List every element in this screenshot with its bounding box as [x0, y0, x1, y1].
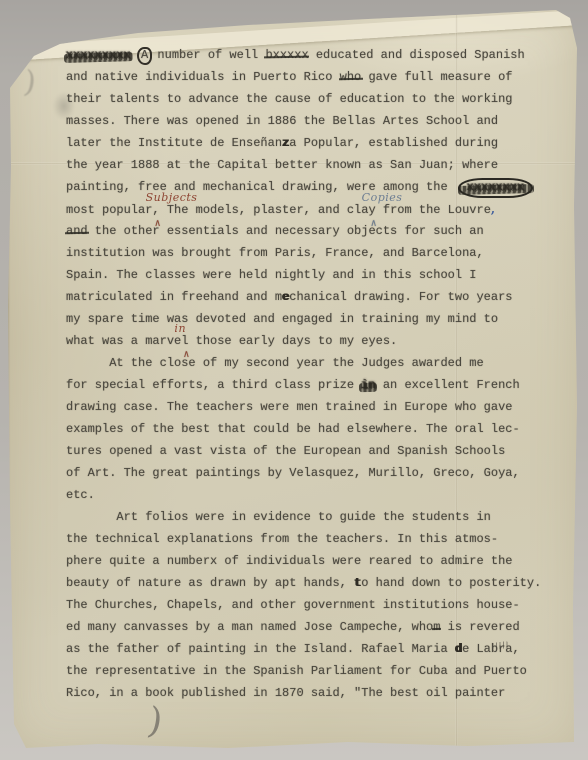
struck-word: bxxxxx	[265, 48, 308, 62]
typed-text: masses. There was opened in 1886 the Bel…	[66, 114, 498, 128]
typed-text: Rico, in a book published in 1870 said, …	[66, 686, 505, 700]
typed-text: e Labra,	[462, 642, 520, 656]
typed-text: The models, plaster, and clay	[160, 203, 376, 217]
typed-text: the other essentials and necessary objec…	[88, 224, 484, 238]
handwritten-word: in	[174, 322, 186, 335]
typed-line: my spare time was devoted and engaged in…	[66, 308, 541, 330]
typed-text: Spain. The classes were held nightly and…	[66, 268, 476, 282]
blacked-out-word: xxxxxxxxx	[66, 48, 131, 62]
typed-text: number of well	[150, 48, 265, 62]
typed-text: an excellent French	[376, 378, 520, 392]
typed-text: and native individuals in Puerto Rico	[66, 70, 340, 84]
typed-line: masses. There was opened in 1886 the Bel…	[66, 110, 541, 132]
typed-text: most popular,	[66, 203, 160, 217]
typed-line: institution was brought from Paris, Fran…	[66, 242, 541, 264]
typed-line: phere quite a numberx of individuals wer…	[66, 550, 541, 572]
typed-line: most popular,Subjects The models, plaste…	[66, 198, 541, 220]
typed-text: my spare time was devoted and engaged in…	[66, 312, 498, 326]
typed-line: later the Institute de Enseñanza Popular…	[66, 132, 541, 154]
typed-line: tures opened a vast vista of the Europea…	[66, 440, 541, 462]
typed-text: o hand down to posterity.	[361, 576, 541, 590]
typed-text: as the father of painting in the Island.…	[66, 642, 455, 656]
typed-line: Art folios were in evidence to guide the…	[66, 506, 541, 528]
typed-text: gave full measure of	[361, 70, 512, 84]
typed-text: educated and disposed Spanish	[309, 48, 525, 62]
typed-line: and the other essentials and necessary o…	[66, 220, 541, 242]
typed-text: the technical explanations from the teac…	[66, 532, 498, 546]
struck-word: and	[66, 224, 88, 238]
typed-text: is revered	[440, 620, 519, 634]
typed-line: ed many canvasses by a man named Jose Ca…	[66, 616, 541, 638]
struck-word: m	[433, 620, 440, 634]
typed-line: their talents to advance the cause of ed…	[66, 88, 541, 110]
blacked-out-word: in	[361, 378, 375, 392]
typed-line: beauty of nature as drawn by apt hands, …	[66, 572, 541, 594]
pencil-paren-mark: )	[120, 8, 126, 24]
typed-line: the representative in the Spanish Parlia…	[66, 660, 541, 682]
typed-text-block: xxxxxxxxx A number of well bxxxxx educat…	[66, 44, 541, 704]
handwritten-mark: ,	[491, 202, 495, 216]
typed-line: Spain. The classes were held nightly and…	[66, 264, 541, 286]
typed-line: Rico, in a book published in 1870 said, …	[66, 682, 541, 704]
typed-text: tures opened a vast vista of the Europea…	[66, 444, 505, 458]
typed-line: the year 1888 at the Capital better know…	[66, 154, 541, 176]
typed-text: a Popular, established during	[289, 136, 498, 150]
typed-line: of Art. The great paintings by Velasquez…	[66, 462, 541, 484]
typed-line: and native individuals in Puerto Rico wh…	[66, 66, 541, 88]
typed-text: the year 1888 at the Capital better know…	[66, 158, 498, 172]
typed-text: beauty of nature as drawn by apt hands,	[66, 576, 354, 590]
typed-text: the representative in the Spanish Parlia…	[66, 664, 527, 678]
typed-text: what was a marvel	[66, 334, 188, 348]
typed-line: what was a marvelin those early days to …	[66, 330, 541, 352]
typed-text: ed many canvasses by a man named Jose Ca…	[66, 620, 433, 634]
paper-sheet: ) - ) ) xxxxxxxxx A number of well bxxxx…	[8, 6, 580, 752]
typed-text: matriculated in freehand and m	[66, 290, 282, 304]
typed-text: Art folios were in evidence to guide the…	[66, 510, 491, 524]
typed-line: matriculated in freehand and mechanical …	[66, 286, 541, 308]
handwritten-word: Subjects	[146, 191, 198, 204]
typed-line: The Churches, Chapels, and other governm…	[66, 594, 541, 616]
typed-text: The Churches, Chapels, and other governm…	[66, 598, 520, 612]
typed-line: xxxxxxxxx A number of well bxxxxx educat…	[66, 44, 541, 66]
typed-text: institution was brought from Paris, Fran…	[66, 246, 484, 260]
typed-line: At the close of my second year the Judge…	[66, 352, 541, 374]
typed-line: etc.	[66, 484, 541, 506]
typed-text: their talents to advance the cause of ed…	[66, 92, 512, 106]
typed-text: those early days to my eyes.	[188, 334, 397, 348]
typed-text: etc.	[66, 488, 95, 502]
typed-text: from the Louvre	[376, 203, 491, 217]
typed-line: examples of the best that could be had e…	[66, 418, 541, 440]
typed-text: examples of the best that could be had e…	[66, 422, 520, 436]
typed-text: drawing case. The teachers were men trai…	[66, 400, 512, 414]
overtyped-letter: d	[455, 642, 462, 656]
typed-text: chanical drawing. For two years	[289, 290, 512, 304]
typed-line: as the father of painting in the Island.…	[66, 638, 541, 660]
typed-line: painting, free and mechanical drawing, w…	[66, 176, 541, 198]
typed-text: later the Institute de Enseñan	[66, 136, 282, 150]
struck-word: who	[340, 70, 362, 84]
typed-line: drawing case. The teachers were men trai…	[66, 396, 541, 418]
handwritten-word: Copies	[362, 191, 403, 204]
scanned-document-screenshot: { "palette":{ "background_gray":"#b3b0ab…	[0, 0, 588, 760]
pencil-curve-mark-bottom: )	[145, 703, 165, 741]
typed-text: of Art. The great paintings by Velasquez…	[66, 466, 520, 480]
typed-text: phere quite a numberx of individuals wer…	[66, 554, 512, 568]
typed-text: for special efforts, a third class prize	[66, 378, 361, 392]
typed-line: the technical explanations from the teac…	[66, 528, 541, 550]
pencil-dash-mark: -	[68, 22, 73, 36]
pencil-curve-mark-left: )	[22, 67, 38, 98]
circled-blackout-word: xxxxxxxx	[458, 178, 534, 198]
typed-line: for special efforts, a third class prize…	[66, 374, 541, 396]
typed-text: At the close of my second year the Judge…	[66, 356, 484, 370]
